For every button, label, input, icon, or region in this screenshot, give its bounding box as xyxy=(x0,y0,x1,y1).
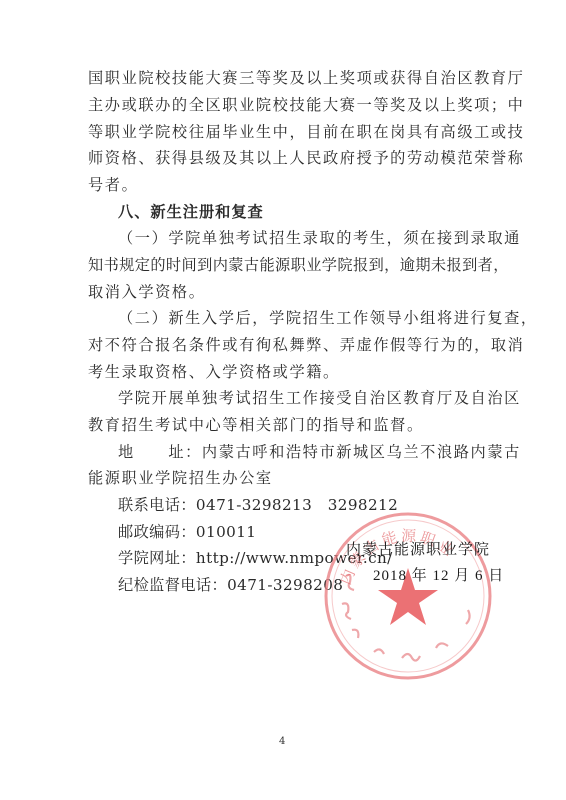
document-page: 国职业院校技能大赛三等奖及以上奖项或获得自治区教育厅 主办或联办的全区职业院校技… xyxy=(0,0,566,800)
supervision-line: 教育招生考试中心等相关部门的指导和监督。 xyxy=(88,415,480,435)
section-heading: 八、新生注册和复查 xyxy=(118,202,480,222)
signature-date: 2018 年 12 月 6 日 xyxy=(373,564,504,585)
official-seal-icon: 内蒙古能源职业 xyxy=(318,506,498,686)
signature-institution: 内蒙古能源职业学院 xyxy=(346,538,490,559)
paragraph-line: 号者。 xyxy=(88,175,480,195)
item-2-line: （二）新生入学后，学院招生工作领导小组将进行复查， xyxy=(118,308,480,328)
address-line: 地 址：内蒙古呼和浩特市新城区乌兰不浪路内蒙古 xyxy=(118,442,480,462)
item-1-line: 取消入学资格。 xyxy=(88,282,480,302)
address-line: 能源职业学院招生办公室 xyxy=(88,468,480,488)
paragraph-line: 主办或联办的全区职业院校技能大赛一等奖及以上奖项；中 xyxy=(88,95,480,115)
paragraph-line: 等职业学院校往届毕业生中，目前在职在岗具有高级工或技 xyxy=(88,122,480,142)
item-1-line: （一）学院单独考试招生录取的考生，须在接到录取通 xyxy=(118,228,480,248)
paragraph-line: 国职业院校技能大赛三等奖及以上奖项或获得自治区教育厅 xyxy=(88,68,480,88)
item-1-line: 知书规定的时间到内蒙古能源职业学院报到，逾期未报到者， xyxy=(88,255,480,275)
paragraph-line: 师资格、获得县级及其以上人民政府授予的劳动模范荣誉称 xyxy=(88,148,480,168)
page-number: 4 xyxy=(279,736,285,747)
item-2-line: 对不符合报名条件或有徇私舞弊、弄虚作假等行为的，取消 xyxy=(88,335,480,355)
supervision-line: 学院开展单独考试招生工作接受自治区教育厅及自治区 xyxy=(118,388,480,408)
item-2-line: 考生录取资格、入学资格或学籍。 xyxy=(88,362,480,382)
